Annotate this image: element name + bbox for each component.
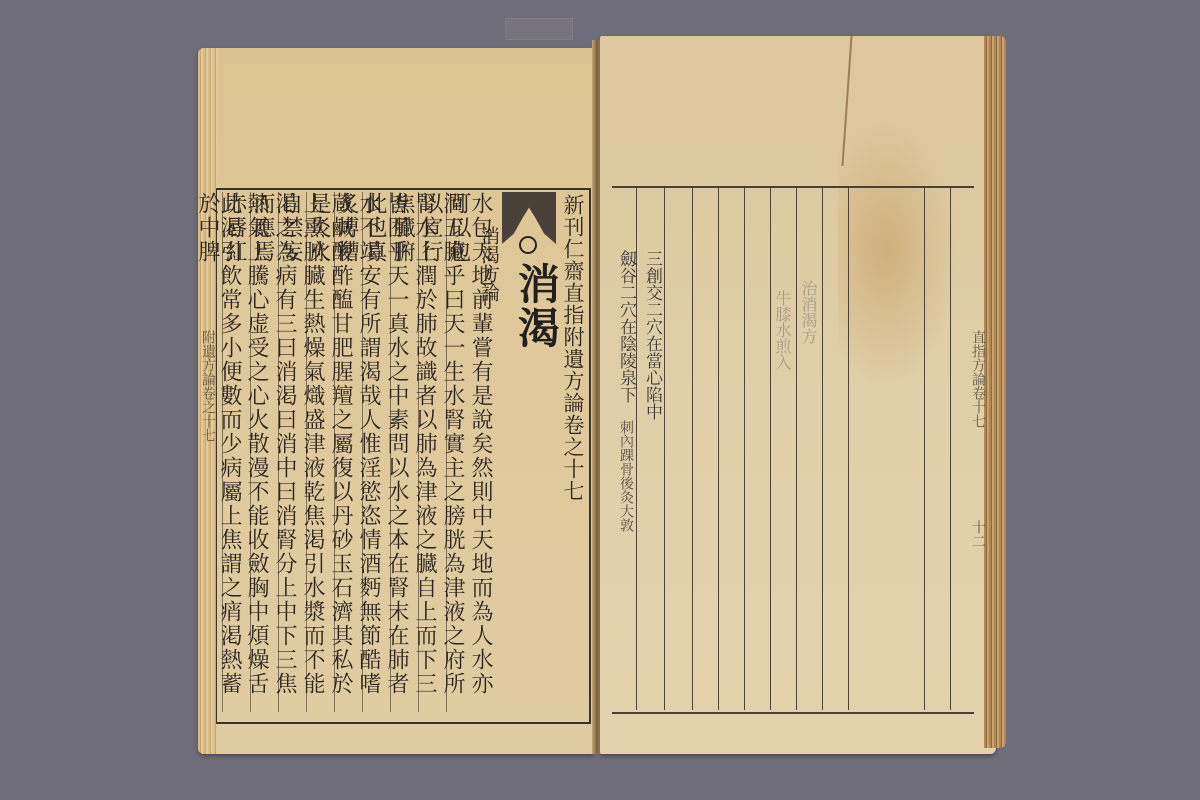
- column-rule: [848, 188, 849, 710]
- column-rule: [796, 188, 797, 710]
- text-column: 此渇引飲常多小便數而少病屬上焦謂之痟渇熱蓄於中脾: [196, 192, 240, 712]
- column-rule: [692, 188, 693, 710]
- column-rule: [664, 188, 665, 710]
- text-column: 三創交二穴在當心陷中: [644, 250, 660, 420]
- column-rule: [636, 188, 637, 710]
- column-rule: [822, 188, 823, 710]
- column-rule: [770, 188, 771, 710]
- text-column: 刺內踝骨後灸大敦: [618, 420, 634, 532]
- right-edge-label: 直指方論卷十七: [968, 330, 988, 428]
- column-rule: [744, 188, 745, 710]
- ghost-text-column: 治消渴方: [800, 280, 816, 344]
- column-rule: [950, 188, 951, 710]
- text-column: 劔谷二穴在陰陵泉下: [618, 250, 634, 403]
- right-text-frame: [612, 186, 974, 714]
- circle-marker-icon: [519, 236, 537, 254]
- column-rule: [718, 188, 719, 710]
- ghost-text-column: 牛膝水煎入: [774, 290, 790, 370]
- book-tab-label: [505, 18, 573, 40]
- right-edge-page-number: 十二: [968, 520, 988, 548]
- chapter-title: 消渴: [506, 262, 566, 350]
- column-rule: [924, 188, 925, 710]
